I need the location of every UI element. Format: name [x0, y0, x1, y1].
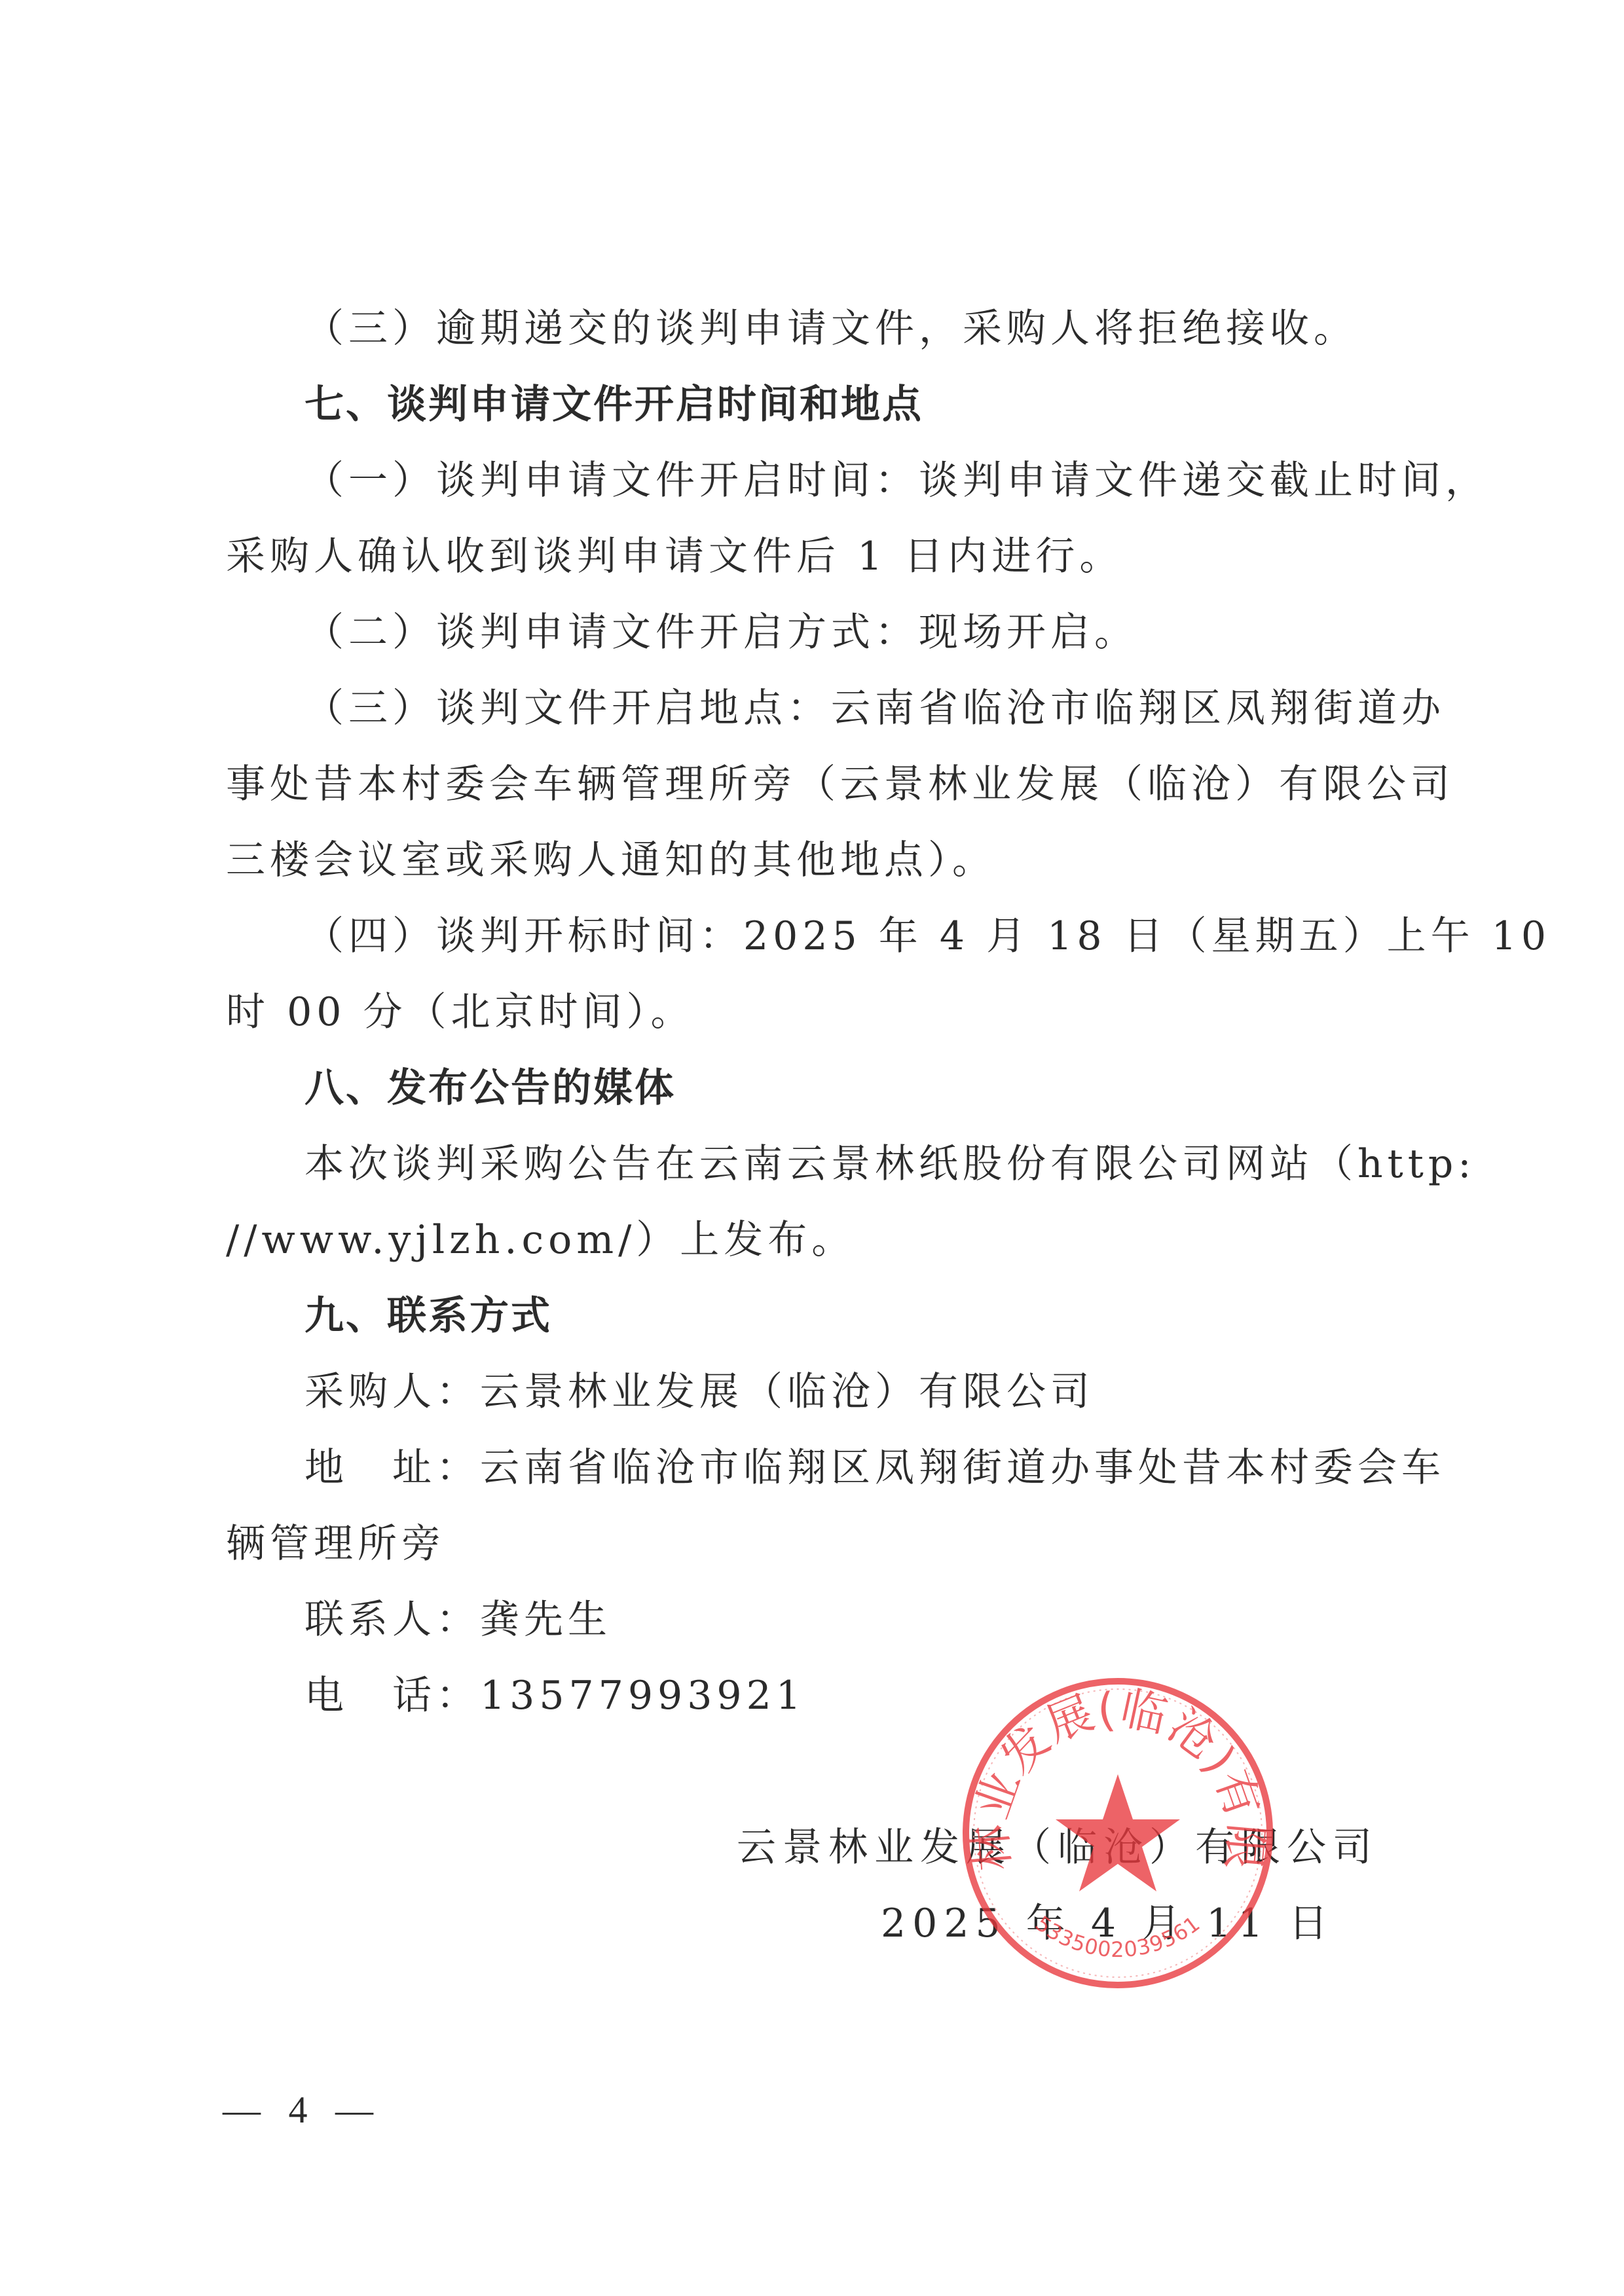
contact-phone: 电 话：13577993921: [304, 1669, 1503, 1722]
paragraph-late-submission: （三）逾期递交的谈判申请文件，采购人将拒绝接收。: [304, 302, 1503, 355]
paragraph-opening-time-2: 采购人确认收到谈判申请文件后 1 日内进行。: [226, 530, 1424, 583]
paragraph-opening-location-2: 事处昔本村委会车辆管理所旁（云景林业发展（临沧）有限公司: [226, 758, 1421, 811]
paragraph-opening-time-1: （一）谈判申请文件开启时间：谈判申请文件递交截止时间，: [304, 454, 1421, 507]
signature-date: 2025 年 4 月 11 日: [881, 1897, 1335, 1950]
contact-person: 联系人：龚先生: [304, 1594, 1503, 1646]
section-heading-8: 八、发布公告的媒体: [304, 1062, 1503, 1114]
paragraph-opening-method: （二）谈判申请文件开启方式：现场开启。: [304, 606, 1503, 659]
paragraph-bid-opening-time-2: 时 00 分（北京时间）。: [226, 986, 1424, 1038]
page-number: — 4 —: [223, 2087, 382, 2133]
paragraph-opening-location-1: （三）谈判文件开启地点：云南省临沧市临翔区凤翔街道办: [304, 682, 1421, 735]
paragraph-media-1: 本次谈判采购公告在云南云景林纸股份有限公司网站（http:: [304, 1138, 1421, 1190]
paragraph-media-2: //www.yjlzh.com/）上发布。: [226, 1214, 1424, 1266]
document-page: （三）逾期递交的谈判申请文件，采购人将拒绝接收。 七、谈判申请文件开启时间和地点…: [0, 0, 1624, 2296]
contact-address-2: 辆管理所旁: [226, 1518, 1424, 1570]
paragraph-bid-opening-time-1: （四）谈判开标时间：2025 年 4 月 18 日（星期五）上午 10: [304, 910, 1421, 962]
signature-company: 云景林业发展（临沧）有限公司: [737, 1821, 1378, 1874]
section-heading-7: 七、谈判申请文件开启时间和地点: [304, 378, 1503, 431]
contact-address-1: 地 址：云南省临沧市临翔区凤翔街道办事处昔本村委会车: [304, 1442, 1421, 1494]
paragraph-opening-location-3: 三楼会议室或采购人通知的其他地点）。: [226, 834, 1424, 886]
section-heading-9: 九、联系方式: [304, 1290, 1503, 1342]
contact-buyer: 采购人：云景林业发展（临沧）有限公司: [304, 1366, 1503, 1418]
